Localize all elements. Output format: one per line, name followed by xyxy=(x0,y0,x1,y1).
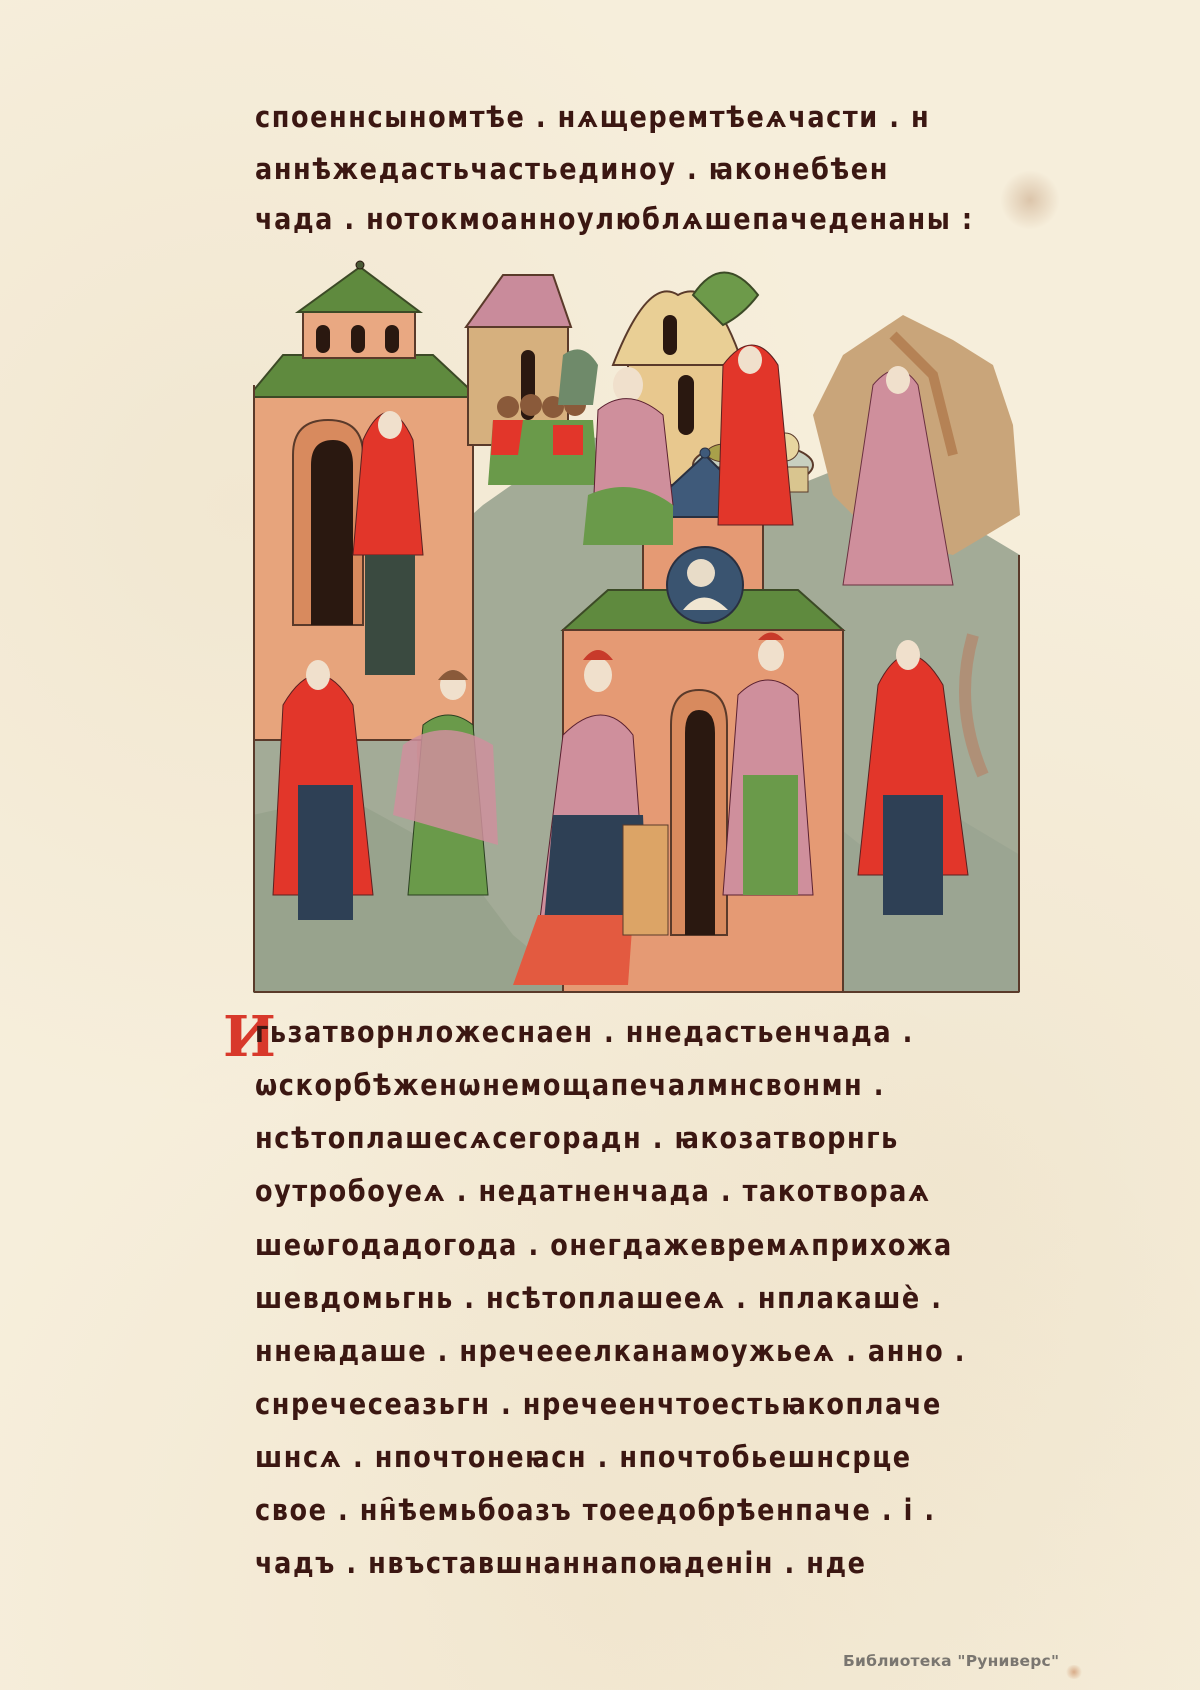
text-line: споеннсыномтѣе . нѧщеремтѣеѧчасти . н xyxy=(255,100,930,134)
miniature-illustration xyxy=(253,255,1020,993)
text-line: шевдомьгнь . нсѣтоплашееѧ . нплакашѐ . xyxy=(255,1281,943,1315)
library-watermark: Библиотека "Руниверс" xyxy=(843,1652,1059,1670)
text-line: гьзатворнложеснаен . ннедастьенчада . xyxy=(255,1015,914,1049)
text-line: свое . нн҄ѣемьбоазъ тоеедобрѣенпаче . і … xyxy=(255,1493,936,1527)
text-line: оутробоуеѧ . недатненчада . такотвораѧ xyxy=(255,1174,931,1208)
text-line: чада . нотокмоанноулюблѧшепачеденаны : xyxy=(255,202,974,236)
text-line: шеѡгодадогода . онегдажевремѧприхожа xyxy=(255,1228,953,1262)
text-line: шнсѧ . нпочтонеꙗсн . нпочтобьешнсрце xyxy=(255,1440,912,1474)
ochre-building xyxy=(466,275,571,445)
figure-woman-red-table xyxy=(718,345,793,525)
text-line: нсѣтоплашесѧсегорадн . ꙗкозатворнгь xyxy=(255,1121,899,1155)
text-line: ѡскорбѣженѡнемощапечалмнсвонмн . xyxy=(255,1068,885,1102)
text-line: ннеꙗдаше . нречееелканамоужьеѧ . анно . xyxy=(255,1334,966,1368)
paper-stain xyxy=(1065,1665,1083,1679)
text-line: чадъ . нвъставшнаннапоꙗденін . нде xyxy=(255,1546,867,1580)
paper-stain xyxy=(1000,170,1060,230)
text-line: снречесеазьгн . нречеенчтоестьꙗкоплаче xyxy=(255,1387,942,1421)
text-line: аннѣжедастьчастьединоу . ꙗконебѣен xyxy=(255,152,889,186)
